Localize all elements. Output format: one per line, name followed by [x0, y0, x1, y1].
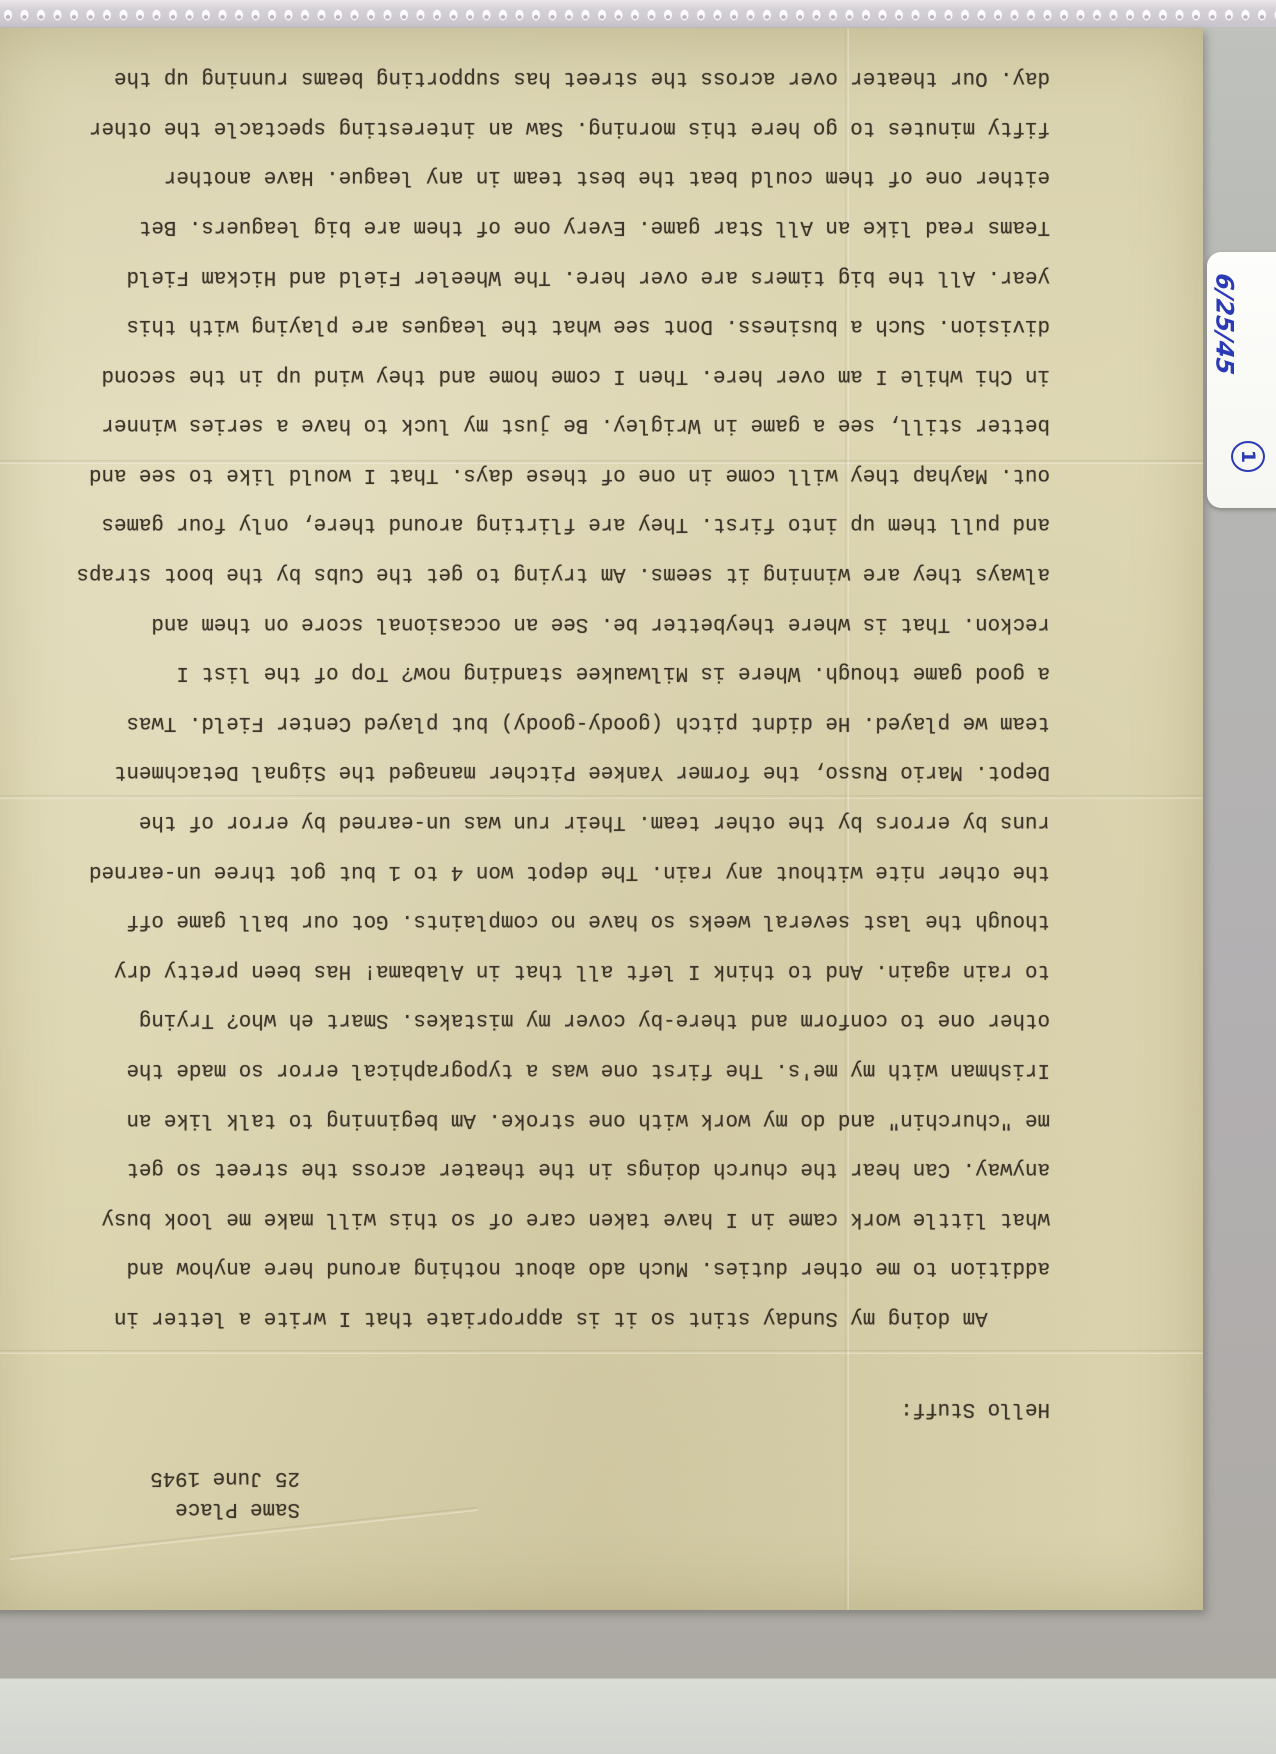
binding-teeth — [0, 6, 1276, 24]
letter-content-upside-down: Same Place 25 June 1945 Hello Stuff: Am … — [0, 28, 1203, 1610]
letter-dateline: Same Place 25 June 1945 — [150, 1462, 300, 1524]
archive-date-text: 6/25/45 — [1211, 272, 1239, 376]
page-number-badge: 1 — [1231, 441, 1265, 472]
scanned-letter-page: Same Place 25 June 1945 Hello Stuff: Am … — [0, 0, 1276, 1754]
archive-label-card: 6/25/45 1 — [1207, 252, 1276, 508]
page-number-text: 1 — [1238, 450, 1257, 463]
letter-paper: Same Place 25 June 1945 Hello Stuff: Am … — [0, 28, 1203, 1610]
letter-body: Am doing my Sunday stint so it is approp… — [77, 53, 1050, 1342]
letter-salutation: Hello Stuff: — [900, 1397, 1050, 1420]
archive-date-label: 6/25/45 — [1211, 266, 1239, 382]
binding-strip — [0, 0, 1276, 27]
scanner-mat — [0, 1678, 1276, 1754]
